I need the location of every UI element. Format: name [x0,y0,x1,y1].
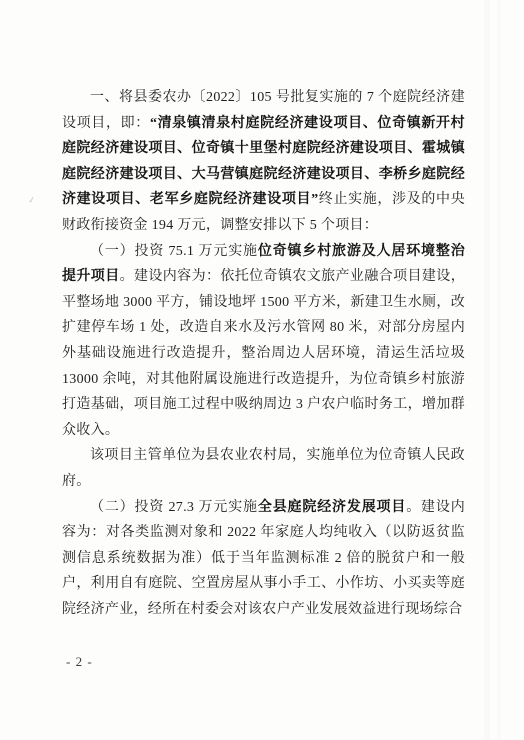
document-body: 一、将县委农办〔2022〕105 号批复实施的 7 个庭院经济建设项目，即：“清… [62,85,465,622]
paragraph-project-one: （一）投资 75.1 万元实施位奇镇乡村旅游及人居环境整治提升项目。建设内容为：… [62,239,465,444]
paragraph-terminated-projects: 一、将县委农办〔2022〕105 号批复实施的 7 个庭院经济建设项目，即：“清… [62,85,465,239]
paragraph-2-lead: （一）投资 75.1 万元实施 [90,244,258,259]
paragraph-4-project-name: 全县庭院经济发展项目 [258,500,406,515]
margin-check-mark-icon: ✓ [27,194,36,206]
page-number: - 2 - [66,654,93,670]
paragraph-2-tail: 。建设内容为：依托位奇镇农文旅产业融合项目建设，平整场地 3000 平方，铺设地… [62,269,465,438]
scan-artifact-line [497,0,501,740]
paragraph-project-two: （二）投资 27.3 万元实施全县庭院经济发展项目。建设内容为：对各类监测对象和… [62,495,465,623]
paragraph-4-lead: （二）投资 27.3 万元实施 [90,500,258,515]
paragraph-responsible-units: 该项目主管单位为县农业农村局，实施单位为位奇镇人民政府。 [62,443,465,494]
paragraph-4-tail: 。建设内容为：对各类监测对象和 2022 年家庭人均纯收入（以防返贫监测信息系统… [62,500,465,617]
scan-artifact-line [484,0,490,740]
paragraph-3-lead: 该项目主管单位为县农业农村局，实施单位为位奇镇人民政府。 [62,448,465,489]
scanned-document-page: ✓ 一、将县委农办〔2022〕105 号批复实施的 7 个庭院经济建设项目，即：… [0,0,524,740]
